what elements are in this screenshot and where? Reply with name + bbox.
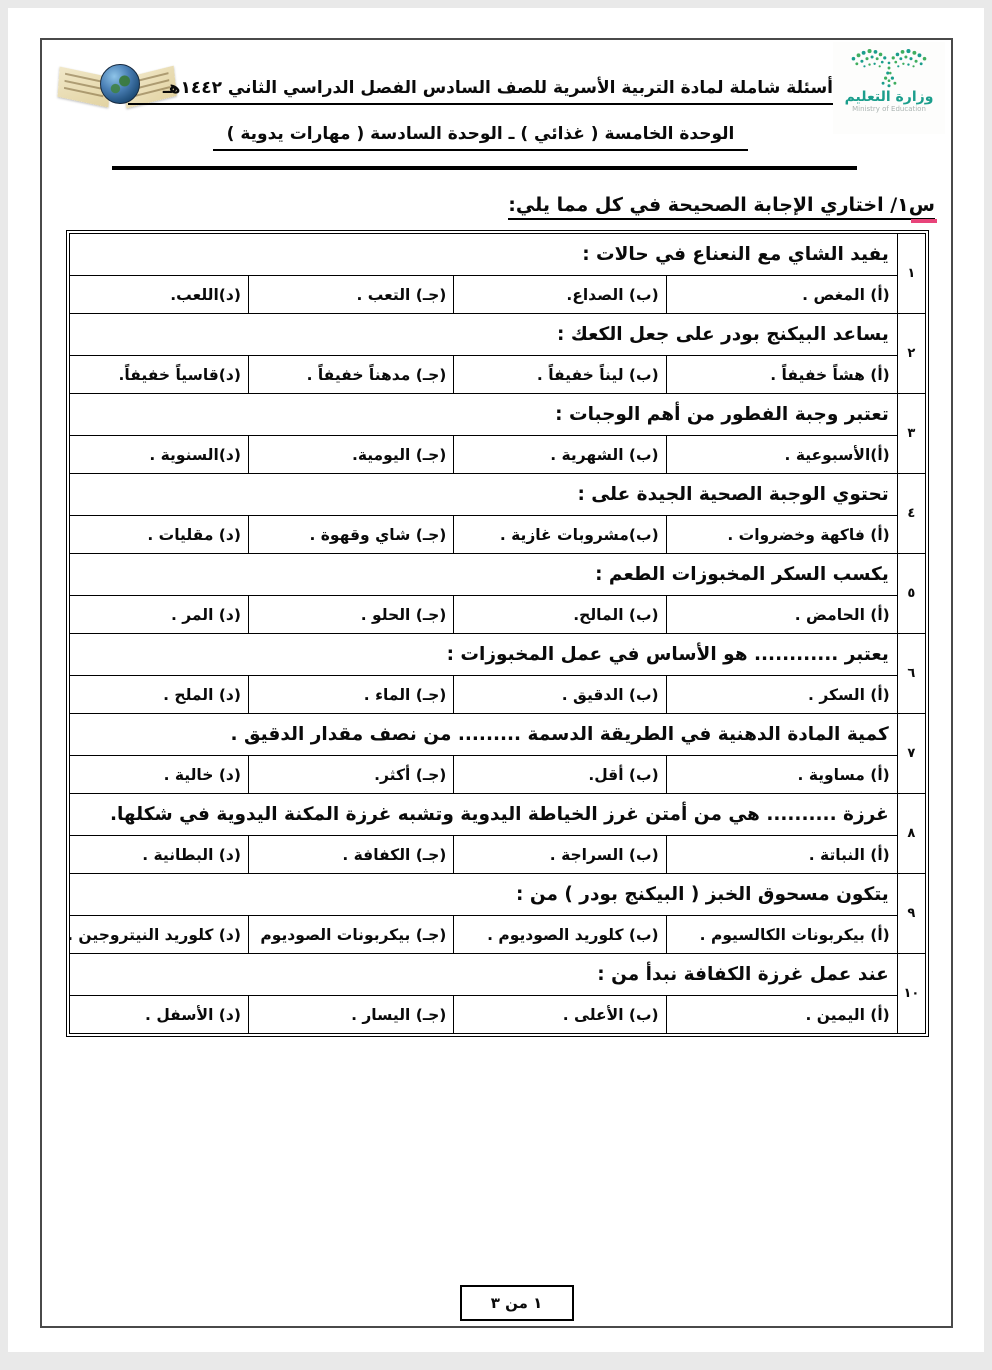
option-jeem: (جـ) شاي وقهوة . [248, 516, 453, 554]
question-number: ١٠ [897, 954, 925, 1034]
option-dal: (د) الأسفل . [70, 996, 249, 1034]
option-a: (أ) الحامض . [666, 596, 897, 634]
question-number: ٦ [897, 634, 925, 714]
option-jeem: (جـ) اليسار . [248, 996, 453, 1034]
question-instruction: س١/ اختاري الإجابة الصحيحة في كل مما يلي… [508, 194, 935, 220]
page-number-box: ١ من ٣ [460, 1285, 574, 1321]
header: وزارة التعليم Ministry of Education أسئل… [42, 40, 951, 186]
question-number: ٥ [897, 554, 925, 634]
question-number: ٩ [897, 874, 925, 954]
option-b: (ب)مشروبات غازية . [454, 516, 666, 554]
moe-palm-icon [846, 46, 932, 90]
questions-table-frame: ١يفيد الشاي مع النعناع في حالات :(أ) الم… [66, 230, 929, 1037]
question-number: ٤ [897, 474, 925, 554]
question-text: كمية المادة الدهنية في الطريقة الدسمة ..… [70, 714, 898, 756]
moe-arabic-label: وزارة التعليم [833, 90, 945, 105]
option-dal: (د) الملح . [70, 676, 249, 714]
option-jeem: (جـ) الماء . [248, 676, 453, 714]
option-dal: (د) خالية . [70, 756, 249, 794]
option-dal: (د)قاسياً خفيفاً. [70, 356, 249, 394]
option-dal: (د) المر . [70, 596, 249, 634]
exam-title: أسئلة شاملة لمادة التربية الأسرية للصف ا… [128, 78, 833, 105]
option-dal: (د) مقليات . [70, 516, 249, 554]
option-jeem: (جـ) مدهناً خفيفاً . [248, 356, 453, 394]
page-number-label: ١ من ٣ [491, 1294, 543, 1312]
exam-page: { "header": { "title_line1": "أسئلة شامل… [0, 0, 992, 1370]
option-a: (أ) النباتة . [666, 836, 897, 874]
option-a: (أ) هشاً خفيفاً . [666, 356, 897, 394]
question-text: تحتوي الوجبة الصحية الجيدة على : [70, 474, 898, 516]
option-a: (أ) بيكربونات الكالسيوم . [666, 916, 897, 954]
option-b: (ب) الشهرية . [454, 436, 666, 474]
header-divider [112, 166, 857, 170]
option-b: (ب) الأعلى . [454, 996, 666, 1034]
question-text: يعتبر ............ هو الأساس في عمل المخ… [70, 634, 898, 676]
question-text: عند عمل غرزة الكفافة نبدأ من : [70, 954, 898, 996]
option-a: (أ)الأسبوعية . [666, 436, 897, 474]
option-b: (ب) ليناً خفيفاً . [454, 356, 666, 394]
option-b: (ب) السراجة . [454, 836, 666, 874]
question-number: ٨ [897, 794, 925, 874]
option-jeem: (جـ) الحلو . [248, 596, 453, 634]
moe-english-label: Ministry of Education [833, 105, 945, 113]
option-jeem: (جـ) بيكربونات الصوديوم [248, 916, 453, 954]
option-jeem: (جـ) التعب . [248, 276, 453, 314]
page-frame: وزارة التعليم Ministry of Education أسئل… [40, 38, 953, 1328]
option-a: (أ) فاكهة وخضروات . [666, 516, 897, 554]
question-number: ٣ [897, 394, 925, 474]
option-b: (ب) الصداع. [454, 276, 666, 314]
option-b: (ب) كلوريد الصوديوم . [454, 916, 666, 954]
question-text: يكسب السكر المخبوزات الطعم : [70, 554, 898, 596]
question-number: ١ [897, 234, 925, 314]
units-title: الوحدة الخامسة ( غذائي ) ـ الوحدة السادس… [213, 124, 749, 151]
paper-sheet: وزارة التعليم Ministry of Education أسئل… [8, 8, 984, 1352]
units-title-row: الوحدة الخامسة ( غذائي ) ـ الوحدة السادس… [128, 124, 833, 151]
option-a: (أ) السكر . [666, 676, 897, 714]
question-number: ٧ [897, 714, 925, 794]
option-a: (أ) اليمين . [666, 996, 897, 1034]
question-text: يفيد الشاي مع النعناع في حالات : [70, 234, 898, 276]
option-b: (ب) أقل. [454, 756, 666, 794]
question-number: ٢ [897, 314, 925, 394]
option-dal: (د)اللعب. [70, 276, 249, 314]
option-b: (ب) الدقيق . [454, 676, 666, 714]
option-a: (أ) مساوية . [666, 756, 897, 794]
option-a: (أ) المغص . [666, 276, 897, 314]
option-jeem: (جـ) اليومية. [248, 436, 453, 474]
option-dal: (د) البطانية . [70, 836, 249, 874]
question-text: يتكون مسحوق الخبز ( البيكنج بودر ) من : [70, 874, 898, 916]
option-dal: (د) كلوريد النيتروجين . [70, 916, 249, 954]
option-dal: (د)السنوية . [70, 436, 249, 474]
question-text: تعتبر وجبة الفطور من أهم الوجبات : [70, 394, 898, 436]
questions-table: ١يفيد الشاي مع النعناع في حالات :(أ) الم… [69, 233, 926, 1034]
option-b: (ب) المالح. [454, 596, 666, 634]
question-text: غرزة .......... هي من أمتن غرز الخياطة ا… [70, 794, 898, 836]
option-jeem: (جـ) الكفافة . [248, 836, 453, 874]
ministry-of-education-logo: وزارة التعليم Ministry of Education [833, 42, 945, 134]
instruction-row: س١/ اختاري الإجابة الصحيحة في كل مما يلي… [42, 194, 935, 220]
question-text: يساعد البيكنج بودر على جعل الكعك : [70, 314, 898, 356]
option-jeem: (جـ) أكثر. [248, 756, 453, 794]
